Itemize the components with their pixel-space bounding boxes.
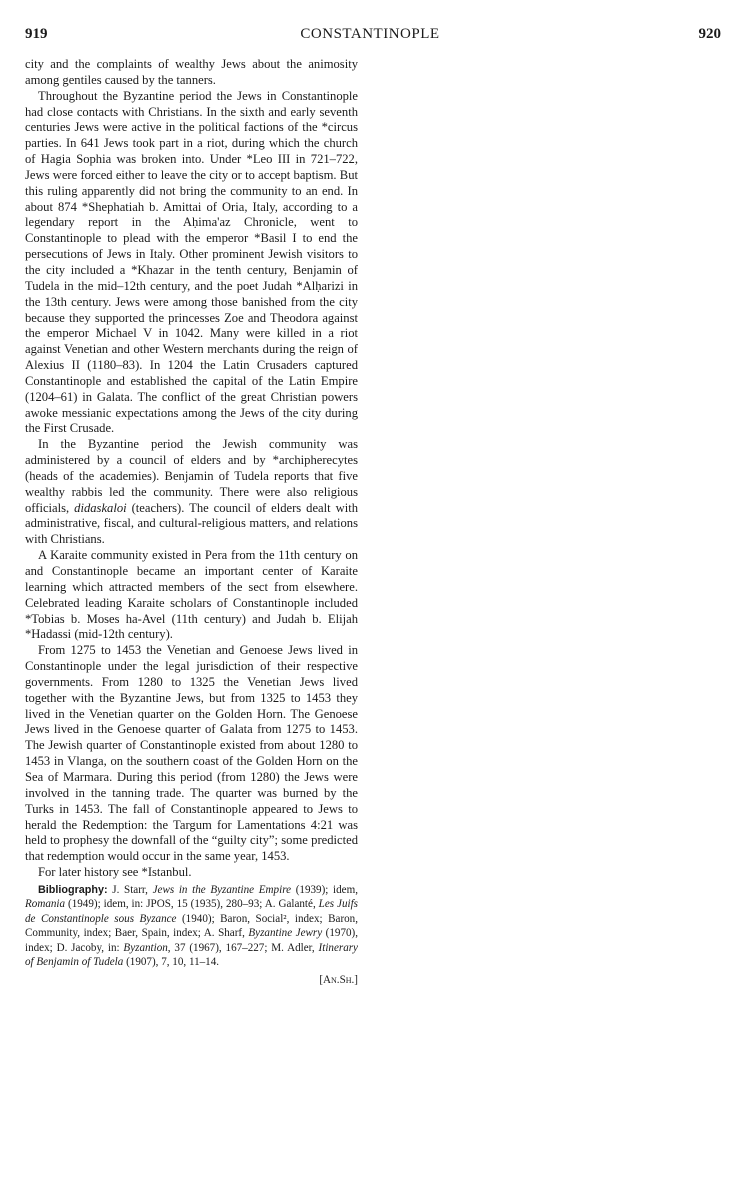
article-column: city and the complaints of wealthy Jews … xyxy=(25,57,358,989)
citation-text: , 37 (1967), 167–227; M. Adler, xyxy=(168,942,319,954)
article-paragraph: A Karaite community existed in Pera from… xyxy=(25,548,358,643)
citation-text: (1949); idem, in: JPOS, 15 (1935), 280–9… xyxy=(65,898,319,910)
cited-title: Byzantion xyxy=(123,942,167,954)
page-number-right: 920 xyxy=(699,26,722,43)
article-body: city and the complaints of wealthy Jews … xyxy=(25,57,358,881)
italic-term: didaskaloi xyxy=(74,501,126,515)
cited-title: Byzantine Jewry xyxy=(248,927,322,939)
cited-title: Romania xyxy=(25,898,65,910)
cited-title: Jews in the Byzantine Empire xyxy=(153,884,291,896)
paragraph-text: city and the complaints of wealthy Jews … xyxy=(25,57,358,87)
paragraph-text: From 1275 to 1453 the Venetian and Genoe… xyxy=(25,643,358,863)
right-column-empty xyxy=(383,57,716,1057)
page-header: 919 CONSTANTINOPLE 920 xyxy=(0,26,740,46)
paragraph-text: Throughout the Byzantine period the Jews… xyxy=(25,89,358,436)
bibliography-text: J. Starr, Jews in the Byzantine Empire (… xyxy=(25,884,358,969)
article-paragraph: Throughout the Byzantine period the Jews… xyxy=(25,89,358,438)
bibliography-label: Bibliography: xyxy=(38,884,108,896)
article-paragraph: In the Byzantine period the Jewish commu… xyxy=(25,437,358,548)
article-paragraph: city and the complaints of wealthy Jews … xyxy=(25,57,358,89)
paragraph-text: A Karaite community existed in Pera from… xyxy=(25,548,358,641)
article-paragraph: For later history see *Istanbul. xyxy=(25,865,358,881)
citation-text: (1907), 7, 10, 11–14. xyxy=(123,956,219,968)
author-signature: [An.Sh.] xyxy=(25,973,358,989)
citation-text: J. Starr, xyxy=(108,884,153,896)
article-paragraph: From 1275 to 1453 the Venetian and Genoe… xyxy=(25,643,358,865)
paragraph-text: For later history see *Istanbul. xyxy=(38,865,192,879)
bibliography: Bibliography: J. Starr, Jews in the Byza… xyxy=(25,883,358,970)
citation-text: (1939); idem, xyxy=(291,884,358,896)
running-title: CONSTANTINOPLE xyxy=(0,26,740,43)
